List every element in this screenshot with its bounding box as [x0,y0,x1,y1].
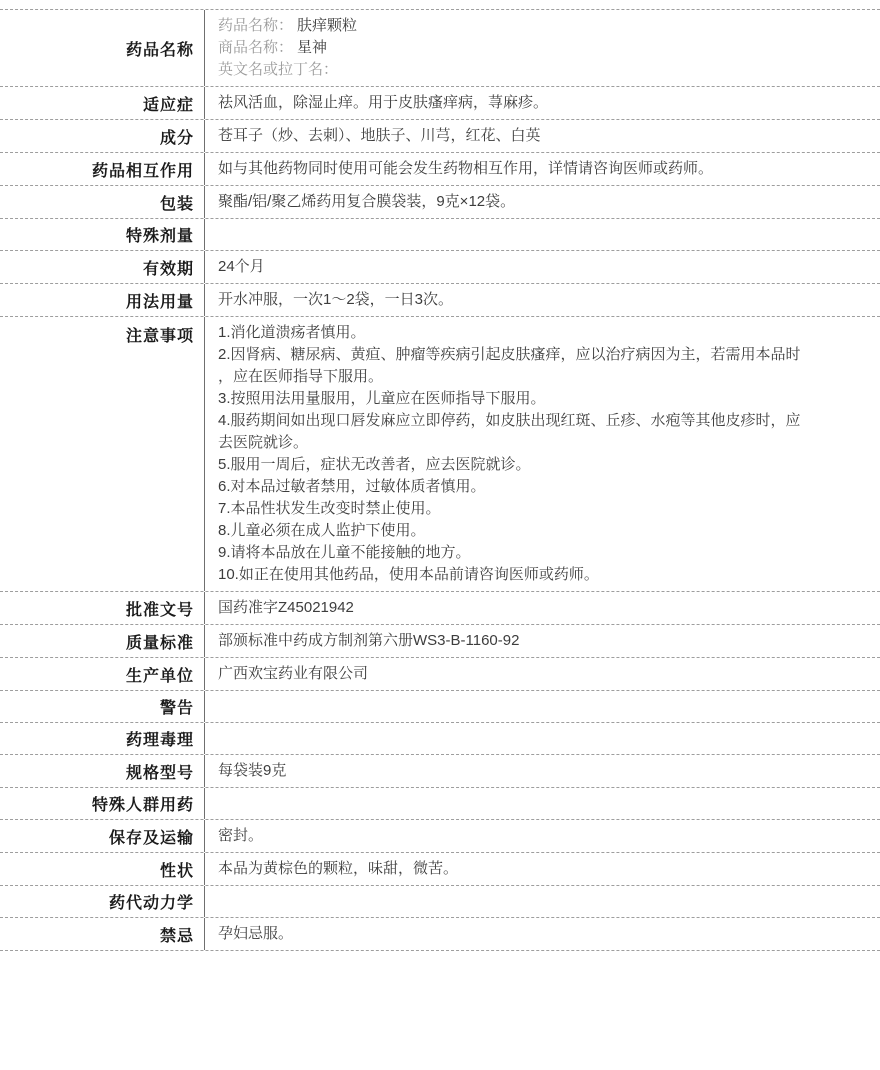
row-label: 成分 [0,120,205,152]
row-value [205,723,880,754]
field-label: 英文名或拉丁名： [218,61,338,78]
field-label: 商品名称： [218,39,293,56]
table-row-packaging: 包装 聚酯/铝/聚乙烯药用复合膜袋装，9克×12袋。 [0,186,880,219]
row-value: 开水冲服，一次1～2袋，一日3次。 [205,284,880,316]
row-label: 适应症 [0,87,205,119]
row-value [205,219,880,250]
table-row-special-populations: 特殊人群用药 [0,788,880,820]
table-row-manufacturer: 生产单位 广西欢宝药业有限公司 [0,658,880,691]
table-row-pharmacokinetics: 药代动力学 [0,886,880,918]
table-row-special-dosage: 特殊剂量 [0,219,880,251]
precaution-item: 3.按照用法用量服用，儿童应在医师指导下服用。 [218,388,868,410]
field-label: 药品名称： [218,17,293,34]
field-english-name: 英文名或拉丁名： [218,59,868,81]
table-row-indications: 适应症 祛风活血，除湿止痒。用于皮肤瘙痒病，荨麻疹。 [0,87,880,120]
row-label: 性状 [0,853,205,885]
row-value: 部颁标准中药成方制剂第六册WS3-B-1160-92 [205,625,880,657]
row-label: 规格型号 [0,755,205,787]
table-row-approval-number: 批准文号 国药准字Z45021942 [0,592,880,625]
table-row-ingredients: 成分 苍耳子（炒、去刺）、地肤子、川芎，红花、白英 [0,120,880,153]
field-value: 肤痒颗粒 [297,17,357,34]
row-value: 国药准字Z45021942 [205,592,880,624]
table-row-precautions: 注意事项 1.消化道溃疡者慎用。 2.因肾病、糖尿病、黄疸、肿瘤等疾病引起皮肤瘙… [0,317,880,592]
row-label: 用法用量 [0,284,205,316]
table-row-interactions: 药品相互作用 如与其他药物同时使用可能会发生药物相互作用，详情请咨询医师或药师。 [0,153,880,186]
field-value: 星神 [297,39,327,56]
table-row-quality-standard: 质量标准 部颁标准中药成方制剂第六册WS3-B-1160-92 [0,625,880,658]
table-row-warning: 警告 [0,691,880,723]
field-trade-name: 商品名称：星神 [218,37,868,59]
table-row-dosage-usage: 用法用量 开水冲服，一次1～2袋，一日3次。 [0,284,880,317]
precaution-item: 10.如正在使用其他药品，使用本品前请咨询医师或药师。 [218,564,868,586]
precaution-item: 5.服用一周后，症状无改善者，应去医院就诊。 [218,454,868,476]
row-label: 药代动力学 [0,886,205,917]
row-label: 质量标准 [0,625,205,657]
precaution-item: 2.因肾病、糖尿病、黄疸、肿瘤等疾病引起皮肤瘙痒，应以治疗病因为主，若需用本品时… [218,344,868,388]
table-row-storage-transport: 保存及运输 密封。 [0,820,880,853]
row-label: 药品相互作用 [0,153,205,185]
row-value: 孕妇忌服。 [205,918,880,950]
precaution-item: 6.对本品过敏者禁用，过敏体质者慎用。 [218,476,868,498]
table-row-drug-name: 药品名称 药品名称：肤痒颗粒 商品名称：星神 英文名或拉丁名： [0,10,880,87]
row-value: 本品为黄棕色的颗粒，味甜，微苦。 [205,853,880,885]
row-value [205,788,880,819]
table-row-contraindications: 禁忌 孕妇忌服。 [0,918,880,951]
row-label: 生产单位 [0,658,205,690]
precaution-item: 7.本品性状发生改变时禁止使用。 [218,498,868,520]
field-drug-name: 药品名称：肤痒颗粒 [218,15,868,37]
row-value: 祛风活血，除湿止痒。用于皮肤瘙痒病，荨麻疹。 [205,87,880,119]
precaution-item: 9.请将本品放在儿童不能接触的地方。 [218,542,868,564]
row-label: 保存及运输 [0,820,205,852]
drug-info-table: 药品名称 药品名称：肤痒颗粒 商品名称：星神 英文名或拉丁名： 适应症 祛风活血… [0,9,880,951]
row-label: 有效期 [0,251,205,283]
row-value: 密封。 [205,820,880,852]
row-value: 每袋装9克 [205,755,880,787]
table-row-pharmacology-toxicology: 药理毒理 [0,723,880,755]
table-row-specification: 规格型号 每袋装9克 [0,755,880,788]
row-label: 批准文号 [0,592,205,624]
row-label: 药理毒理 [0,723,205,754]
precaution-item: 4.服药期间如出现口唇发麻应立即停药，如皮肤出现红斑、丘疹、水疱等其他皮疹时，应… [218,410,868,454]
row-value: 24个月 [205,251,880,283]
row-label: 特殊剂量 [0,219,205,250]
precaution-item: 1.消化道溃疡者慎用。 [218,322,868,344]
row-value: 1.消化道溃疡者慎用。 2.因肾病、糖尿病、黄疸、肿瘤等疾病引起皮肤瘙痒，应以治… [205,317,880,591]
row-label: 药品名称 [0,10,205,86]
row-label: 注意事项 [0,317,205,591]
row-value [205,691,880,722]
table-row-shelf-life: 有效期 24个月 [0,251,880,284]
precaution-item: 8.儿童必须在成人监护下使用。 [218,520,868,542]
row-label: 警告 [0,691,205,722]
row-label: 特殊人群用药 [0,788,205,819]
row-value [205,886,880,917]
row-value: 苍耳子（炒、去刺）、地肤子、川芎，红花、白英 [205,120,880,152]
row-label: 禁忌 [0,918,205,950]
row-label: 包装 [0,186,205,218]
row-value: 广西欢宝药业有限公司 [205,658,880,690]
row-value: 药品名称：肤痒颗粒 商品名称：星神 英文名或拉丁名： [205,10,880,86]
row-value: 如与其他药物同时使用可能会发生药物相互作用，详情请咨询医师或药师。 [205,153,880,185]
table-row-properties: 性状 本品为黄棕色的颗粒，味甜，微苦。 [0,853,880,886]
row-value: 聚酯/铝/聚乙烯药用复合膜袋装，9克×12袋。 [205,186,880,218]
